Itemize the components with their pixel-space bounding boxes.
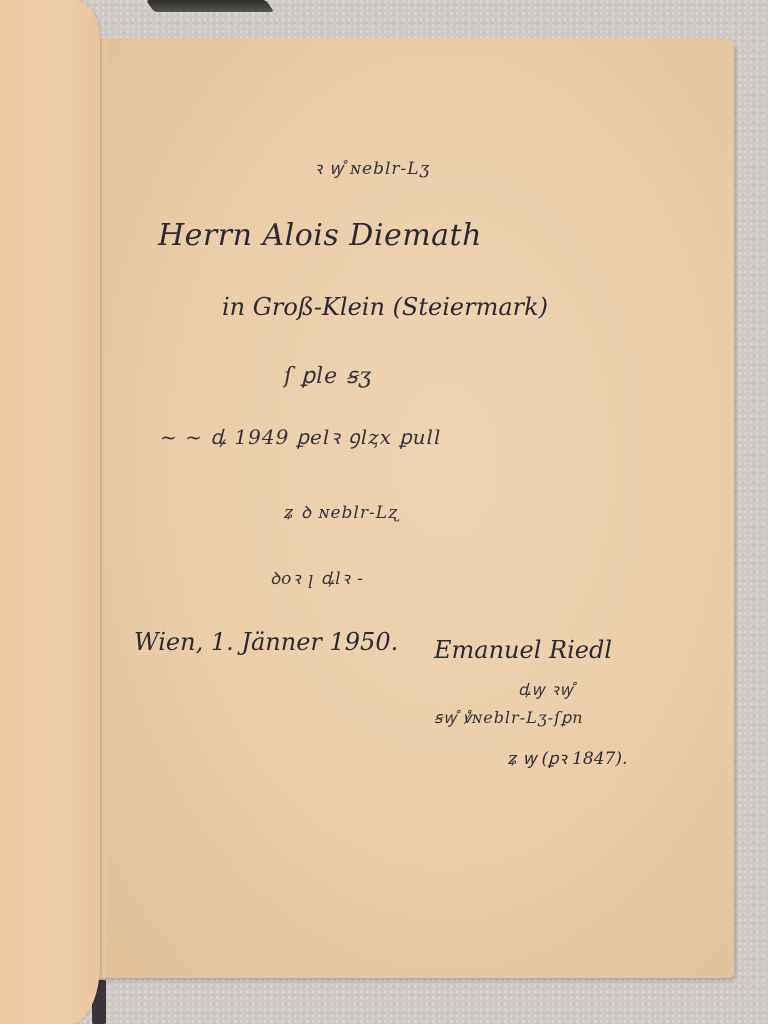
book-cover-edge-top — [146, 0, 274, 12]
inscription-location: in Groß-Klein (Steiermark) — [222, 293, 548, 321]
inscription-shorthand-line-1: ꝛ ꝡ̊ ɴeblr-Lʒ — [314, 156, 430, 179]
signature-shorthand-line-3: ꞩꝡ̊ ꝟ̊ɴeblr-Lʒ-ſꝑn — [434, 706, 584, 728]
endpaper-page: ꝛ ꝡ̊ ɴeblr-Lʒ Herrn Alois Diemath in Gro… — [94, 38, 734, 978]
inscription-shorthand-line-7: ꝺoꝛ ꞁ ꝱlꝛ - — [270, 566, 364, 589]
signature-line-4: ʑ ꝡ (ꝑꝛ 1847). — [508, 746, 627, 769]
inscription-shorthand-line-6: ʑ ꝺ ɴeblr-Lʐ — [284, 500, 399, 523]
inscription-shorthand-line-5: ~ ~ ꝱ 1949 ꝑelꝛ ꝯlⱬx ꝑull — [160, 423, 441, 450]
signature-shorthand-line-2: ꝱꝡ ꝛꝡ̊ — [518, 678, 573, 700]
inscription-signature: Emanuel Riedl — [434, 636, 612, 664]
inscription-place-date: Wien, 1. Jänner 1950. — [134, 628, 398, 656]
inscription-addressee: Herrn Alois Diemath — [158, 218, 482, 253]
left-flyleaf-page — [0, 0, 100, 1024]
inscription-shorthand-line-4: ſ ꝑle ꞩʒ — [284, 364, 372, 389]
